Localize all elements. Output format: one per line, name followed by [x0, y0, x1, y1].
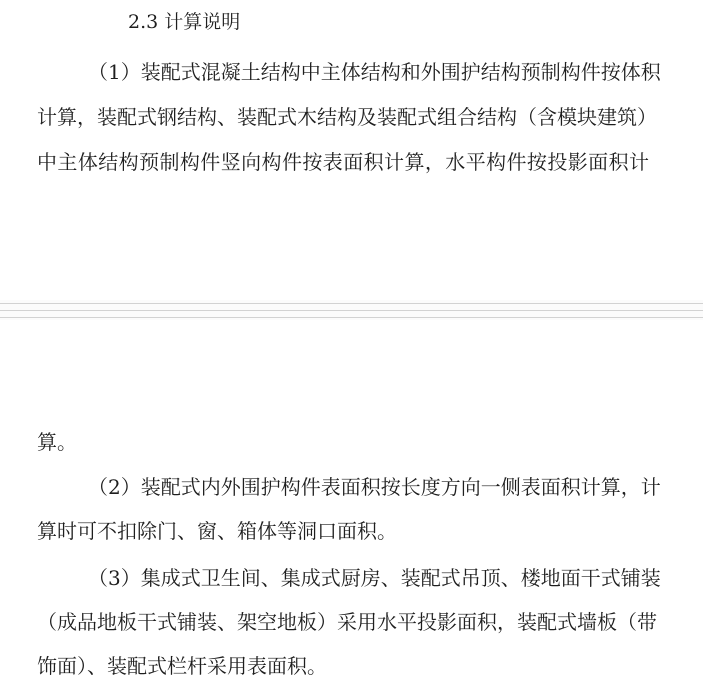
section-heading: 2.3 计算说明: [128, 8, 240, 36]
document-page-bottom: 算。 （2）装配式内外围护构件表面积按长度方向一侧表面积计算，计 算时可不扣除门…: [0, 320, 703, 688]
page-break-rule-middle: [0, 310, 703, 311]
page-break-rule-top: [0, 303, 703, 304]
paragraph-1-line-3: 中主体结构预制构件竖向构件按表面积计算，水平构件按投影面积计: [37, 148, 649, 176]
paragraph-1-line-1: （1）装配式混凝土结构中主体结构和外围护结构预制构件按体积: [88, 58, 648, 86]
paragraph-1-continuation: 算。: [37, 428, 137, 456]
paragraph-2-line-1: （2）装配式内外围护构件表面积按长度方向一侧表面积计算，计: [88, 473, 648, 501]
paragraph-2-line-2: 算时可不扣除门、窗、箱体等洞口面积。: [37, 517, 649, 545]
document-page-top: 2.3 计算说明 （1）装配式混凝土结构中主体结构和外围护结构预制构件按体积 计…: [0, 0, 703, 300]
paragraph-3-line-3: 饰面）、装配式栏杆采用表面积。: [37, 652, 649, 680]
paragraph-3-line-2: （成品地板干式铺装、架空地板）采用水平投影面积，装配式墙板（带: [37, 608, 649, 636]
page-break-separator: [0, 300, 703, 320]
page-break-rule-bottom: [0, 317, 703, 318]
paragraph-1-line-2: 计算，装配式钢结构、装配式木结构及装配式组合结构（含模块建筑）: [37, 103, 649, 131]
paragraph-3-line-1: （3）集成式卫生间、集成式厨房、装配式吊顶、楼地面干式铺装: [88, 564, 648, 592]
